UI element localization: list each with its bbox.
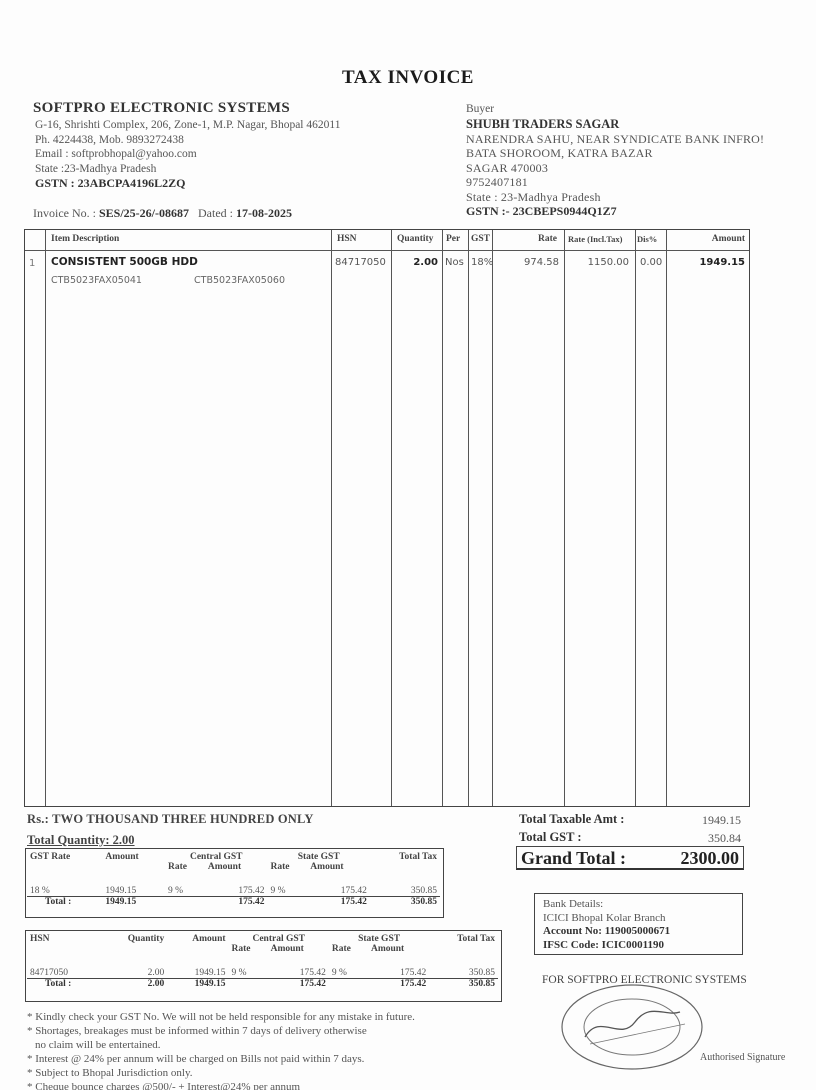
authorised-signature-label: Authorised Signature — [700, 1052, 785, 1063]
invoice-no: SES/25-26/-08687 — [99, 206, 189, 220]
header-amount: Amount — [712, 234, 745, 244]
buyer-state: State : 23-Madhya Pradesh — [466, 190, 764, 205]
total-quantity: Total Quantity: 2.00 — [27, 833, 135, 848]
header-description: Item Description — [51, 234, 119, 244]
row-gst: 18% — [471, 257, 493, 268]
hsn-row-hsn: 84717050 — [27, 954, 101, 978]
term-item: no claim will be entertained. — [27, 1038, 415, 1052]
buyer-label: Buyer — [466, 102, 764, 117]
buyer-gstn: GSTN :- 23CBEPS0944Q1Z7 — [466, 204, 764, 219]
invoice-date-label: Dated : — [198, 206, 233, 220]
hsn-total-cgst: 175.42 — [268, 978, 329, 989]
gst-row-rate: 18 % — [27, 872, 102, 896]
invoice-meta: Invoice No. : SES/25-26/-08687 Dated : 1… — [33, 206, 292, 221]
gst-header-total-tax: Total Tax — [370, 852, 440, 862]
hsn-total-sgst: 175.42 — [368, 978, 429, 989]
hsn-header-amount: Amount — [167, 934, 228, 944]
buyer-address-1: NARENDRA SAHU, NEAR SYNDICATE BANK INFRO… — [466, 132, 764, 147]
header-disc: Dis% — [637, 234, 657, 244]
hsn-header-sgst-rate: Rate — [329, 944, 368, 954]
hsn-row-total-tax: 350.85 — [429, 954, 498, 978]
bank-branch: ICICI Bhopal Kolar Branch — [543, 912, 734, 926]
grand-total-box: Grand Total : 2300.00 — [516, 846, 744, 870]
taxable-value: 1949.15 — [641, 813, 741, 828]
term-item: * Subject to Bhopal Jurisdiction only. — [27, 1066, 415, 1080]
bank-details: Bank Details: ICICI Bhopal Kolar Branch … — [534, 893, 743, 955]
bank-label: Bank Details: — [543, 898, 734, 912]
gst-row-cgst-amount: 175.42 — [205, 872, 268, 896]
gst-row-total-tax: 350.85 — [370, 872, 440, 896]
gst-header-state: State GST — [267, 852, 369, 862]
hsn-total-label: Total : — [27, 978, 101, 989]
buyer-name: SHUBH TRADERS SAGAR — [466, 117, 764, 132]
term-item: * Interest @ 24% per annum will be charg… — [27, 1052, 415, 1066]
seller-details: G-16, Shrishti Complex, 206, Zone-1, M.P… — [35, 118, 340, 191]
gst-header-cgst-rate: Rate — [165, 862, 205, 872]
hsn-header-state: State GST — [329, 934, 429, 944]
row-serials: CTB5023FAX05041 CTB5023FAX05060 — [51, 275, 285, 286]
gst-header-cgst-amount: Amount — [205, 862, 268, 872]
table-total-row: Total : 1949.15 175.42 175.42 350.85 — [27, 896, 440, 907]
seller-email: Email : softprobhopal@yahoo.com — [35, 147, 340, 162]
header-per: Per — [446, 234, 460, 244]
table-row: 18 % 1949.15 9 % 175.42 9 % 175.42 350.8… — [27, 872, 440, 896]
buyer-address-3: SAGAR 470003 — [466, 161, 764, 176]
gst-header-sgst-amount: Amount — [307, 862, 370, 872]
gst-row-amount: 1949.15 — [102, 872, 165, 896]
grand-total-value: 2300.00 — [681, 848, 740, 869]
row-disc: 0.00 — [640, 257, 662, 268]
serial-number: CTB5023FAX05041 — [51, 275, 191, 286]
gst-total-tax: 350.85 — [370, 896, 440, 907]
gst-label: Total GST : — [519, 830, 582, 845]
gst-header-amount: Amount — [102, 852, 165, 862]
taxable-label: Total Taxable Amt : — [519, 812, 624, 827]
hsn-header-hsn: HSN — [27, 934, 101, 944]
gst-value: 350.84 — [641, 831, 741, 846]
seller-name: SOFTPRO ELECTRONIC SYSTEMS — [33, 100, 290, 117]
gst-total-sgst: 175.42 — [307, 896, 370, 907]
header-rate: Rate — [538, 234, 557, 244]
row-hsn: 84717050 — [335, 257, 386, 268]
table-total-row: Total : 2.00 1949.15 175.42 175.42 350.8… — [27, 978, 498, 989]
grand-total-label: Grand Total : — [521, 848, 626, 869]
invoice-date: 17-08-2025 — [236, 206, 292, 220]
gst-total-label: Total : — [27, 896, 102, 907]
seller-state: State :23-Madhya Pradesh — [35, 162, 340, 177]
row-per: Nos — [445, 257, 464, 268]
hsn-total-quantity: 2.00 — [101, 978, 167, 989]
hsn-row-quantity: 2.00 — [101, 954, 167, 978]
buyer-block: Buyer SHUBH TRADERS SAGAR NARENDRA SAHU,… — [466, 102, 764, 219]
gst-rate-table: GST Rate Amount Central GST State GST To… — [27, 852, 440, 907]
hsn-header-cgst-rate: Rate — [229, 944, 268, 954]
row-sno: 1 — [29, 258, 35, 269]
document-title: TAX INVOICE — [0, 67, 816, 89]
gst-header-central: Central GST — [165, 852, 267, 862]
header-hsn: HSN — [337, 234, 357, 244]
bank-account: Account No: 119005000671 — [543, 925, 670, 937]
hsn-row-cgst-rate: 9 % — [229, 954, 268, 978]
hsn-row-sgst-rate: 9 % — [329, 954, 368, 978]
row-rate-incl: 1150.00 — [588, 257, 629, 268]
hsn-row-cgst-amount: 175.42 — [268, 954, 329, 978]
header-quantity: Quantity — [397, 234, 433, 244]
buyer-phone: 9752407181 — [466, 175, 764, 190]
buyer-address-2: BATA SHOROOM, KATRA BAZAR — [466, 146, 764, 161]
seller-gstn: GSTN : 23ABCPA4196L2ZQ — [35, 176, 340, 191]
bank-ifsc: IFSC Code: ICIC0001190 — [543, 939, 664, 951]
hsn-total-amount: 1949.15 — [167, 978, 228, 989]
gst-total-amount: 1949.15 — [102, 896, 165, 907]
header-gst: GST — [471, 234, 490, 244]
hsn-total-tax: 350.85 — [429, 978, 498, 989]
seller-address: G-16, Shrishti Complex, 206, Zone-1, M.P… — [35, 118, 340, 133]
hsn-header-sgst-amount: Amount — [368, 944, 429, 954]
hsn-header-total-tax: Total Tax — [429, 934, 498, 944]
row-description: CONSISTENT 500GB HDD — [51, 256, 198, 268]
hsn-header-quantity: Quantity — [101, 934, 167, 944]
gst-row-cgst-rate: 9 % — [165, 872, 205, 896]
row-amount: 1949.15 — [699, 257, 745, 268]
serial-number: CTB5023FAX05060 — [194, 275, 285, 286]
header-rate-incl: Rate (Incl.Tax) — [568, 234, 622, 244]
row-quantity: 2.00 — [413, 257, 438, 268]
hsn-row-amount: 1949.15 — [167, 954, 228, 978]
gst-total-cgst: 175.42 — [205, 896, 268, 907]
company-stamp-icon — [560, 982, 710, 1072]
gst-row-sgst-amount: 175.42 — [307, 872, 370, 896]
seller-phone: Ph. 4224438, Mob. 9893272438 — [35, 133, 340, 148]
gst-header-rate: GST Rate — [27, 852, 102, 862]
hsn-table: HSN Quantity Amount Central GST State GS… — [27, 934, 498, 989]
items-table: Item Description HSN Quantity Per GST Ra… — [24, 229, 750, 807]
row-rate: 974.58 — [524, 257, 559, 268]
gst-row-sgst-rate: 9 % — [267, 872, 307, 896]
gst-header-sgst-rate: Rate — [267, 862, 307, 872]
hsn-row-sgst-amount: 175.42 — [368, 954, 429, 978]
hsn-header-cgst-amount: Amount — [268, 944, 329, 954]
terms-list: * Kindly check your GST No. We will not … — [27, 1010, 415, 1090]
term-item: * Cheque bounce charges @500/- + Interes… — [27, 1080, 415, 1090]
term-item: * Shortages, breakages must be informed … — [27, 1024, 415, 1038]
term-item: * Kindly check your GST No. We will not … — [27, 1010, 415, 1024]
invoice-no-label: Invoice No. : — [33, 206, 96, 220]
amount-in-words: Rs.: TWO THOUSAND THREE HUNDRED ONLY — [27, 812, 314, 827]
table-row: 84717050 2.00 1949.15 9 % 175.42 9 % 175… — [27, 954, 498, 978]
hsn-header-central: Central GST — [229, 934, 329, 944]
